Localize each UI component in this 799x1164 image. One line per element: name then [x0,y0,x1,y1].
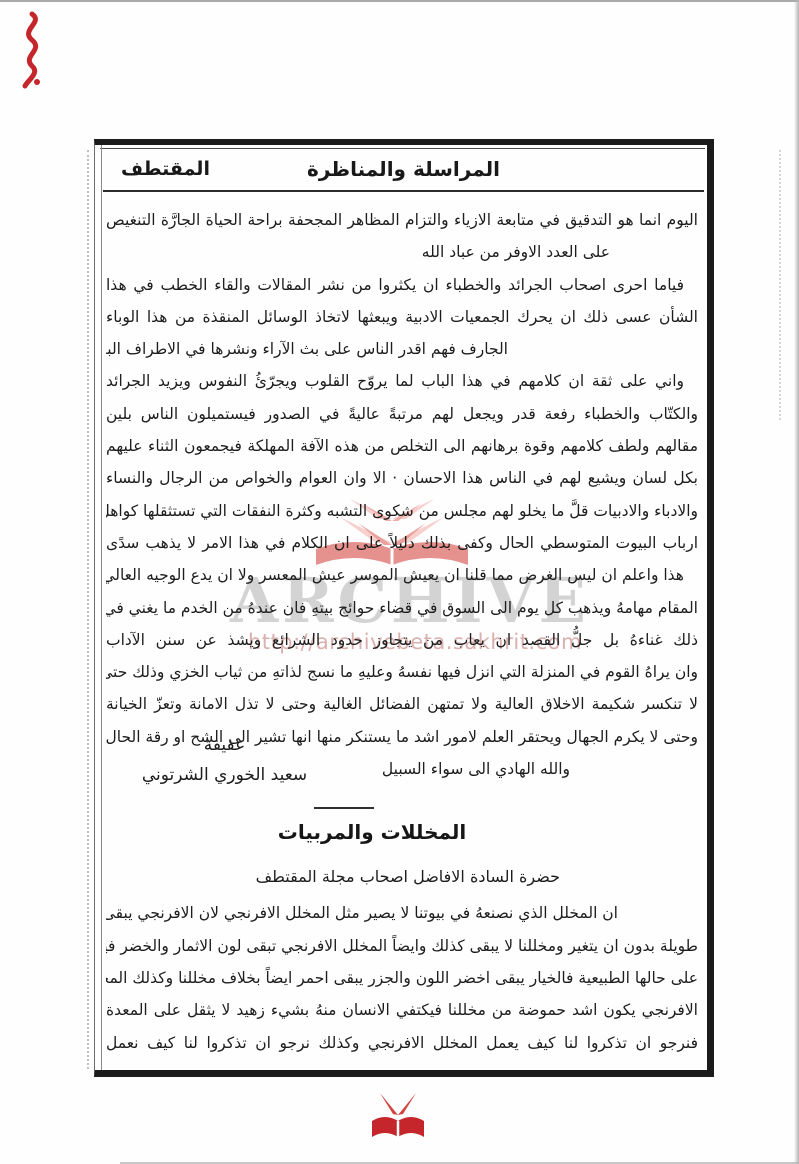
page-header: المراسلة والمناظرة المقتطف [103,145,704,192]
signature-secondary: سعيد الخوري الشرتوني [117,760,332,790]
page-border-frame: المراسلة والمناظرة المقتطف اليوم انما هو… [94,139,714,1077]
text-line: والكتّاب والخطباء رفعة قدر ويجعل لهم مرت… [106,398,698,430]
section-separator-rule [314,807,374,809]
signature-primary: عفيفة [117,730,332,760]
paragraph: واني على ثقة ان كلامهم في هذا الباب لما … [106,365,698,559]
text-line: على العدد الاوفر من عباد الله [106,236,698,268]
text-line: المقام مهامهُ ويذهب كل يوم الى السوق في … [106,592,698,624]
text-line: الافرنجي يكون اشد حموضة من مخللنا فيكتفي… [106,994,698,1026]
paragraph: اليوم انما هو التدقيق في متابعة الازياء … [106,204,698,269]
text-line: فنرجو ان تذكروا لنا كيف يعمل المخلل الاف… [106,1027,698,1059]
text-line: واني على ثقة ان كلامهم في هذا الباب لما … [106,365,698,397]
archive-stamp-icon-top-left [12,10,48,90]
text-line: مقالهم ولطف كلامهم وقوة برهانهم الى التخ… [106,430,698,462]
text-line: والادباء والادبيات قلَّ ما يخلو لهم مجلس… [106,495,698,527]
text-line: فياما احرى اصحاب الجرائد والخطباء ان يكث… [106,269,698,301]
text-line: ان المخلل الذي نصنعهُ في بيوتنا لا يصير … [106,897,698,929]
page-header-journal-title: المقتطف [121,158,210,180]
text-line: الشأن عسى ذلك ان يحرك الجمعيات الادبية و… [106,301,698,333]
text-line: لا تنكسر شكيمة الاخلاق العالية ولا تمتهن… [106,688,698,720]
text-line: اليوم انما هو التدقيق في متابعة الازياء … [106,204,698,236]
scan-binding-noise-right [779,150,781,420]
salutation-line: حضرة السادة الافاضل اصحاب مجلة المقتطف [106,861,698,893]
text-line: ذلك غناءهُ بل جلُّ القصد ان يعاب من يتجا… [106,624,698,656]
text-line: الجارف فهم اقدر الناس على بث الآراء ونشر… [106,333,698,365]
paragraph: ان المخلل الذي نصنعهُ في بيوتنا لا يصير … [106,897,698,1058]
text-line: طويلة بدون ان يتغير ومخللنا لا يبقى كذلك… [106,930,698,962]
text-line: وان يراهُ القوم في المنزلة التي انزل فيه… [106,656,698,688]
text-line: هذا واعلم ان ليس الغرض مما قلنا ان يعيش … [106,559,698,591]
article-body: اليوم انما هو التدقيق في متابعة الازياء … [95,192,707,1059]
section-title: المخللات والمربيات [76,815,668,849]
signature-block: عفيفة سعيد الخوري الشرتوني [117,730,332,790]
text-line: على حالها الطبيعية فالخيار يبقى اخضر الل… [106,962,698,994]
scanned-document-page: ARCHIVE http://archivebeta.sakhrit.com ا… [0,0,799,1164]
article1-paragraphs: اليوم انما هو التدقيق في متابعة الازياء … [106,204,698,785]
text-line: بكل لسان ويشيع لهم في الناس هذا الاحسان … [106,462,698,494]
archive-stamp-icon-bottom [366,1089,430,1147]
text-line: ارباب البيوت المتوسطي الحال وكفى بذلك دل… [106,527,698,559]
article2-paragraphs: ان المخلل الذي نصنعهُ في بيوتنا لا يصير … [106,897,698,1058]
scan-binding-noise-left [87,150,89,1069]
scan-edge-right [794,0,799,1164]
scan-edge-top [0,0,799,2]
paragraph: فياما احرى اصحاب الجرائد والخطباء ان يكث… [106,269,698,366]
